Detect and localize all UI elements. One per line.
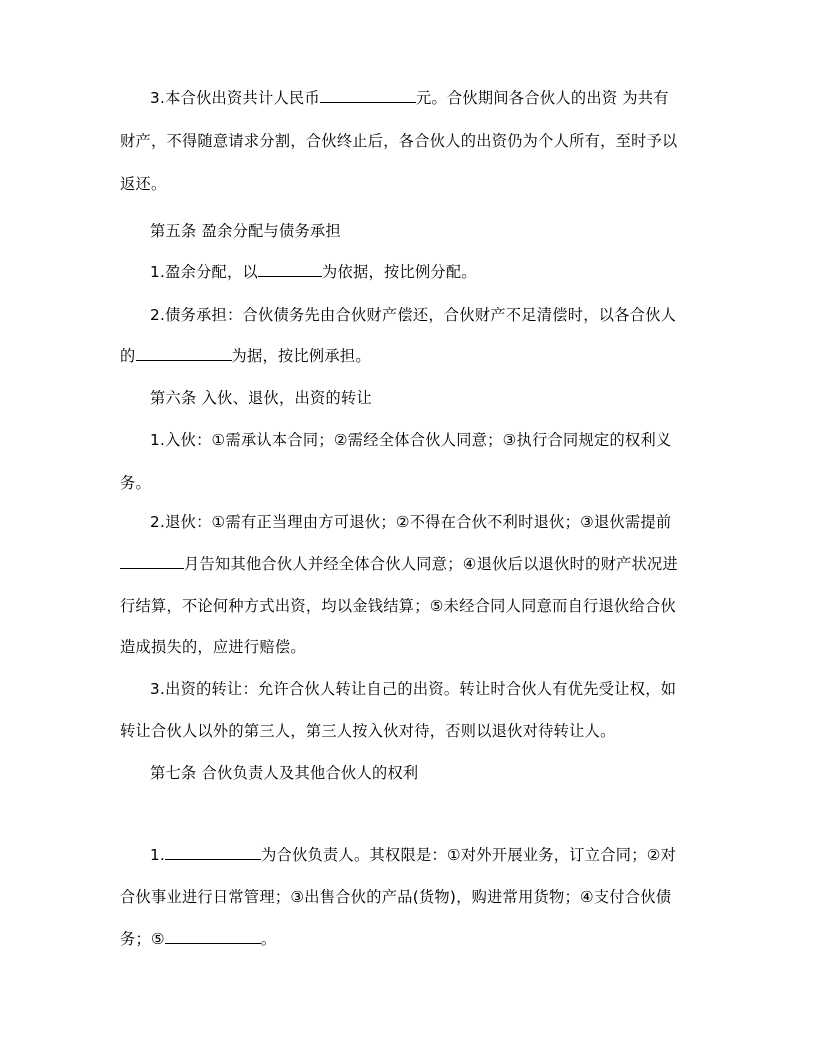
clause-6-item-2-line-2: 月告知其他合伙人并经全体合伙人同意；④退伙后以退伙时的财产状况进: [120, 554, 678, 574]
text: 为依据，按比例分配。: [322, 263, 477, 281]
text: 务；⑤: [120, 930, 165, 948]
article-7-heading: 第七条 合伙负责人及其他合伙人的权利: [150, 763, 418, 783]
clause-6-item-2-line-1: 2.退伙：①需有正当理由方可退伙；②不得在合伙不利时退伙；③退伙需提前: [150, 512, 671, 532]
clause-7-item-1-line-1: 1.为合伙负责人。其权限是：①对外开展业务，订立合同；②对: [150, 845, 676, 865]
clause-6-item-2-line-3: 行结算，不论何种方式出资，均以金钱结算；⑤未经合同人同意而自行退伙给合伙: [120, 596, 676, 616]
fill-blank-capital-amount[interactable]: [320, 88, 416, 103]
text: 为合伙负责人。其权限是：①对外开展业务，订立合同；②对: [261, 846, 676, 864]
clause-6-item-3-line-2: 转让合伙人以外的第三人，第三人按入伙对待，否则以退伙对待转让人。: [120, 721, 616, 741]
clause-5-item-1: 1.盈余分配，以为依据，按比例分配。: [150, 262, 477, 282]
text: 1.: [150, 846, 165, 864]
fill-blank-partner-in-charge[interactable]: [165, 845, 261, 860]
clause-5-item-2-line-2: 的为据，按比例承担。: [120, 346, 371, 366]
text: 元。合伙期间各合伙人的出资 为共有: [416, 89, 669, 107]
fill-blank-profit-basis[interactable]: [258, 262, 322, 277]
text: 。: [261, 930, 277, 948]
fill-blank-debt-basis[interactable]: [136, 346, 232, 361]
text: 月告知其他合伙人并经全体合伙人同意；④退伙后以退伙时的财产状况进: [184, 555, 678, 573]
text: 3.本合伙出资共计人民币: [150, 89, 320, 107]
clause-6-item-3-line-1: 3.出资的转让：允许合伙人转让自己的出资。转让时合伙人有优先受让权，如: [150, 679, 676, 699]
text: 的: [120, 347, 136, 365]
article-5-heading: 第五条 盈余分配与债务承担: [150, 221, 341, 241]
clause-4-item-3-line-1: 3.本合伙出资共计人民币元。合伙期间各合伙人的出资 为共有: [150, 88, 669, 108]
clause-4-item-3-line-2: 财产，不得随意请求分割，合伙终止后，各合伙人的出资仍为个人所有，至时予以: [120, 131, 678, 151]
text: 为据，按比例承担。: [232, 347, 371, 365]
fill-blank-other-authority[interactable]: [165, 929, 261, 944]
article-6-heading: 第六条 入伙、退伙，出资的转让: [150, 388, 372, 408]
fill-blank-notice-months[interactable]: [120, 554, 184, 569]
clause-5-item-2-line-1: 2.债务承担：合伙债务先由合伙财产偿还，合伙财产不足清偿时，以各合伙人: [150, 305, 676, 325]
clause-7-item-1-line-3: 务；⑤。: [120, 929, 276, 949]
text: 1.盈余分配，以: [150, 263, 258, 281]
clause-4-item-3-line-3: 返还。: [120, 174, 166, 194]
clause-7-item-1-line-2: 合伙事业进行日常管理；③出售合伙的产品(货物)，购进常用货物；④支付合伙债: [120, 887, 671, 907]
clause-6-item-1-line-1: 1.入伙：①需承认本合同；②需经全体合伙人同意；③执行合同规定的权利义: [150, 430, 671, 450]
clause-6-item-1-line-2: 务。: [120, 473, 151, 493]
clause-6-item-2-line-4: 造成损失的，应进行赔偿。: [120, 637, 306, 657]
